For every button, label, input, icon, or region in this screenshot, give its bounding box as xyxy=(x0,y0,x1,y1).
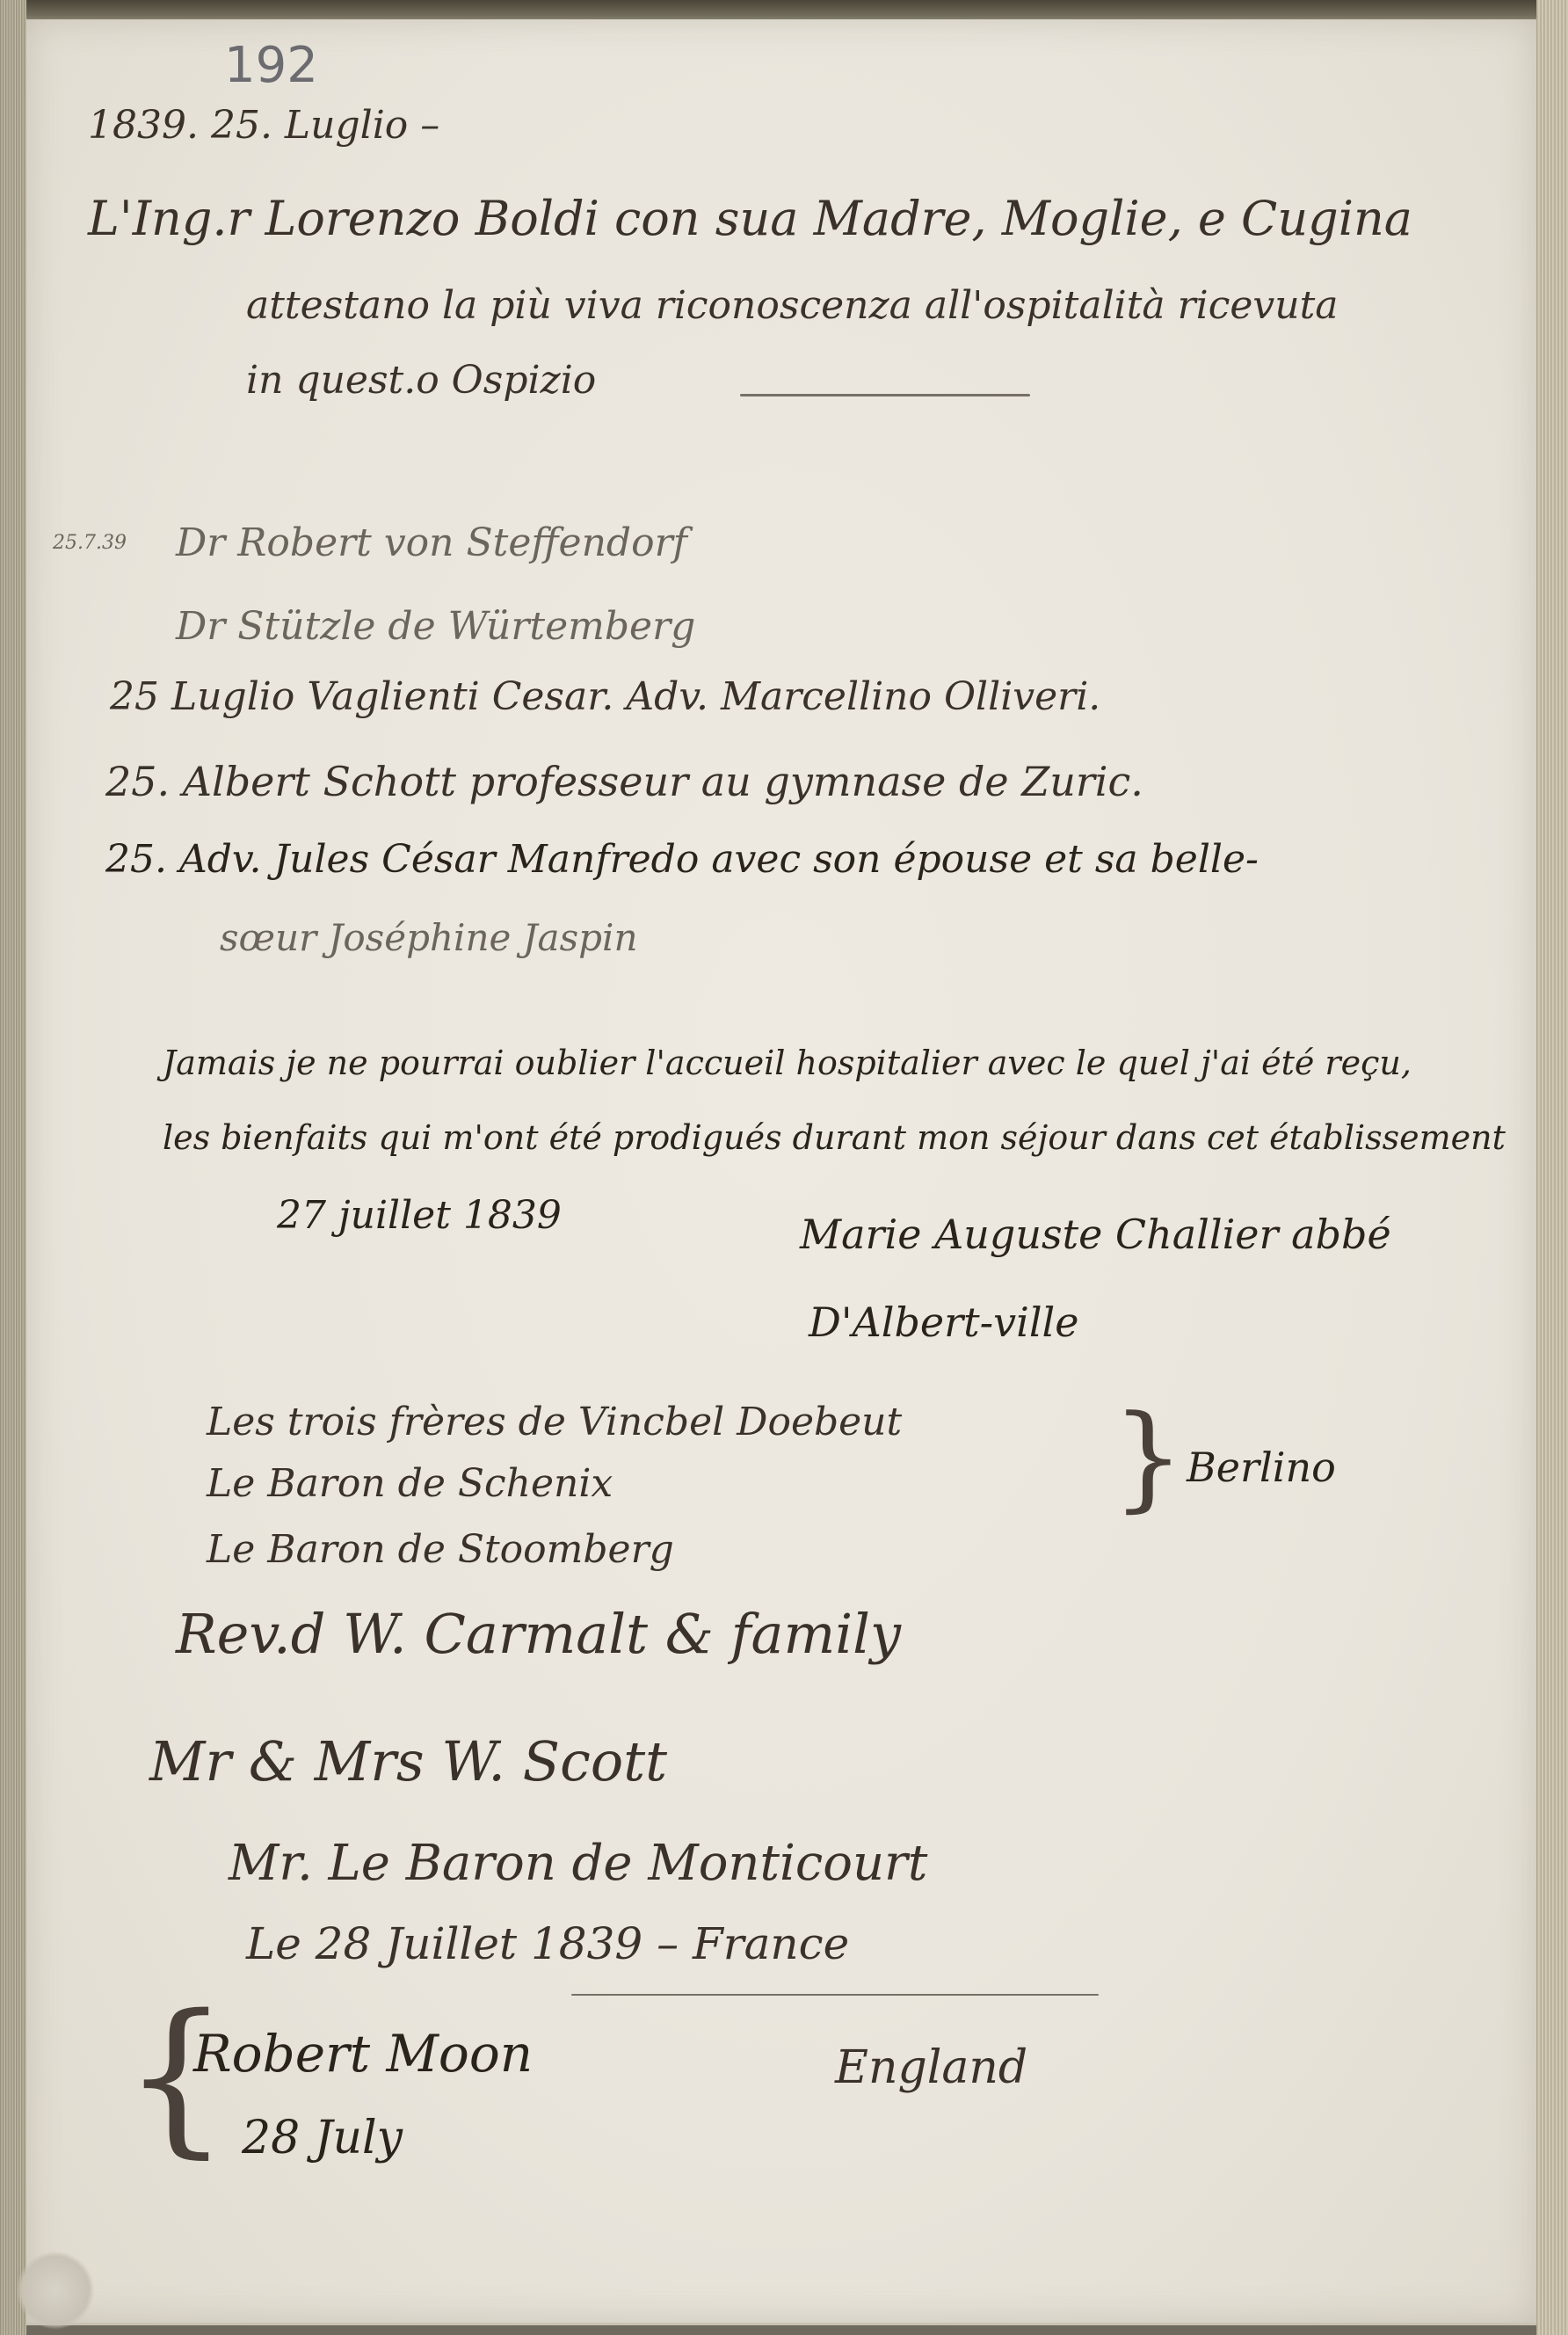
book-left-page-edges xyxy=(0,0,26,2335)
entry-1-line-2: attestano la più viva riconoscenza all'o… xyxy=(246,283,1339,328)
register-page: 192 1839. 25. Luglio – L'Ing.r Lorenzo B… xyxy=(26,19,1536,2325)
entry-1-line-1: L'Ing.r Lorenzo Boldi con sua Madre, Mog… xyxy=(88,191,1412,246)
page-corner-wear xyxy=(16,2251,95,2330)
entry-9: Mr & Mrs W. Scott xyxy=(149,1729,667,1793)
page-number: 192 xyxy=(224,37,318,94)
book-right-page-edges xyxy=(1536,0,1568,2335)
entry-6-place: D'Albert-ville xyxy=(809,1298,1079,1346)
entry-4: 25. Albert Schott professeur au gymnase … xyxy=(105,758,1143,805)
entry-1-flourish xyxy=(740,394,1030,396)
header-date: 1839. 25. Luglio – xyxy=(88,103,439,148)
entry-10-separator xyxy=(571,1994,1099,1996)
entry-2-line-2: Dr Stützle de Würtemberg xyxy=(176,604,695,649)
entry-7-brace: } xyxy=(1112,1400,1185,1514)
entry-5-line-2: sœur Joséphine Jaspin xyxy=(220,916,638,959)
entry-10-line-1: Mr. Le Baron de Monticourt xyxy=(229,1835,927,1892)
entry-7-line-2: Le Baron de Schenix xyxy=(207,1461,613,1506)
entry-11-name: Robert Moon xyxy=(193,2024,533,2084)
entry-1-line-3: in quest.o Ospizio xyxy=(246,358,596,403)
entry-6-signature: Marie Auguste Challier abbé xyxy=(800,1211,1391,1258)
entry-6-line-1: Jamais je ne pourrai oublier l'accueil h… xyxy=(163,1044,1412,1082)
entry-5-line-1: 25. Adv. Jules César Manfredo avec son é… xyxy=(105,837,1259,882)
entry-6-date: 27 juillet 1839 xyxy=(277,1193,562,1238)
entry-11-date: 28 July xyxy=(242,2112,403,2164)
entry-3: 25 Luglio Vaglienti Cesar. Adv. Marcelli… xyxy=(110,674,1100,719)
entry-10-line-2: Le 28 Juillet 1839 – France xyxy=(246,1918,849,1969)
entry-6-line-2: les bienfaits qui m'ont été prodigués du… xyxy=(163,1118,1506,1157)
entry-2-margin-date: 25.7.39 xyxy=(53,532,127,554)
entry-2-line-1: Dr Robert von Steffendorf xyxy=(176,520,687,565)
entry-7-origin: Berlino xyxy=(1187,1444,1336,1491)
entry-8: Rev.d W. Carmalt & family xyxy=(176,1602,901,1666)
entry-11-origin: England xyxy=(835,2041,1027,2094)
entry-7-line-3: Le Baron de Stoomberg xyxy=(207,1527,674,1572)
entry-7-line-1: Les trois frères de Vincbel Doebeut xyxy=(207,1400,902,1444)
